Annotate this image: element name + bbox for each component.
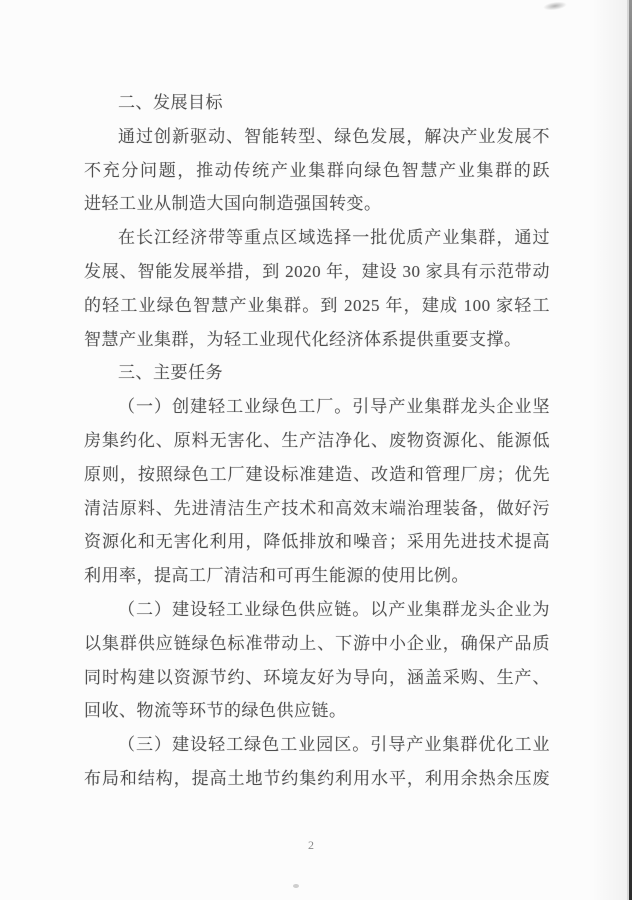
body-text-line: 发展、智能发展举措，到 2020 年，建设 30 家具有示范带动作用	[84, 255, 550, 289]
page-number: 2	[0, 838, 622, 853]
scan-speck-mark	[293, 884, 299, 888]
section-heading-line: 三、主要任务	[84, 356, 550, 390]
body-text-line: 利用率，提高工厂清洁和可再生能源的使用比例。	[84, 559, 550, 593]
body-text-line: 布局和结构，提高土地节约集约利用水平，利用余热余压废热资	[84, 762, 550, 796]
body-text-line: 房集约化、原料无害化、生产洁净化、废物资源化、能源低碳化	[84, 424, 550, 458]
body-text-line: 原则，按照绿色工厂建设标准建造、改造和管理厂房；优先选用	[84, 458, 550, 492]
section-heading-line: 二、发展目标	[84, 86, 550, 120]
body-text-line: 不充分问题，推动传统产业集群向绿色智慧产业集群的跃升，促	[84, 154, 550, 188]
body-text-line: 同时构建以资源节约、环境友好为导向，涵盖采购、生产、营销、	[84, 661, 550, 695]
body-text-line: 清洁原料、先进清洁生产技术和高效末端治理装备，做好污染物	[84, 492, 550, 526]
body-text-line: 通过创新驱动、智能转型、绿色发展，解决产业发展不平衡	[84, 120, 550, 154]
body-text-line: （一）创建轻工业绿色工厂。引导产业集群龙头企业坚持厂	[84, 390, 550, 424]
body-text-line: 回收、物流等环节的绿色供应链。	[84, 694, 550, 728]
body-text-line: （三）建设轻工绿色工业园区。引导产业集群优化工业用地	[84, 728, 550, 762]
body-text-line: 在长江经济带等重点区域选择一批优质产业集群，通过绿色	[84, 221, 550, 255]
body-text-line: 进轻工业从制造大国向制造强国转变。	[84, 187, 550, 221]
body-text-line: 智慧产业集群，为轻工业现代化经济体系提供重要支撑。	[84, 323, 550, 357]
body-text-line: 的轻工业绿色智慧产业集群。到 2025 年，建成 100 家轻工业绿色	[84, 289, 550, 323]
document-body: 二、发展目标通过创新驱动、智能转型、绿色发展，解决产业发展不平衡不充分问题，推动…	[84, 86, 550, 796]
scanned-document-page: 二、发展目标通过创新驱动、智能转型、绿色发展，解决产业发展不平衡不充分问题，推动…	[0, 0, 632, 900]
body-text-line: （二）建设轻工业绿色供应链。以产业集群龙头企业为依托，	[84, 593, 550, 627]
body-text-line: 以集群供应链绿色标准带动上、下游中小企业，确保产品质量的	[84, 627, 550, 661]
scan-smudge-mark	[543, 0, 568, 11]
body-text-line: 资源化和无害化利用，降低排放和噪音；采用先进技术提高能源	[84, 525, 550, 559]
